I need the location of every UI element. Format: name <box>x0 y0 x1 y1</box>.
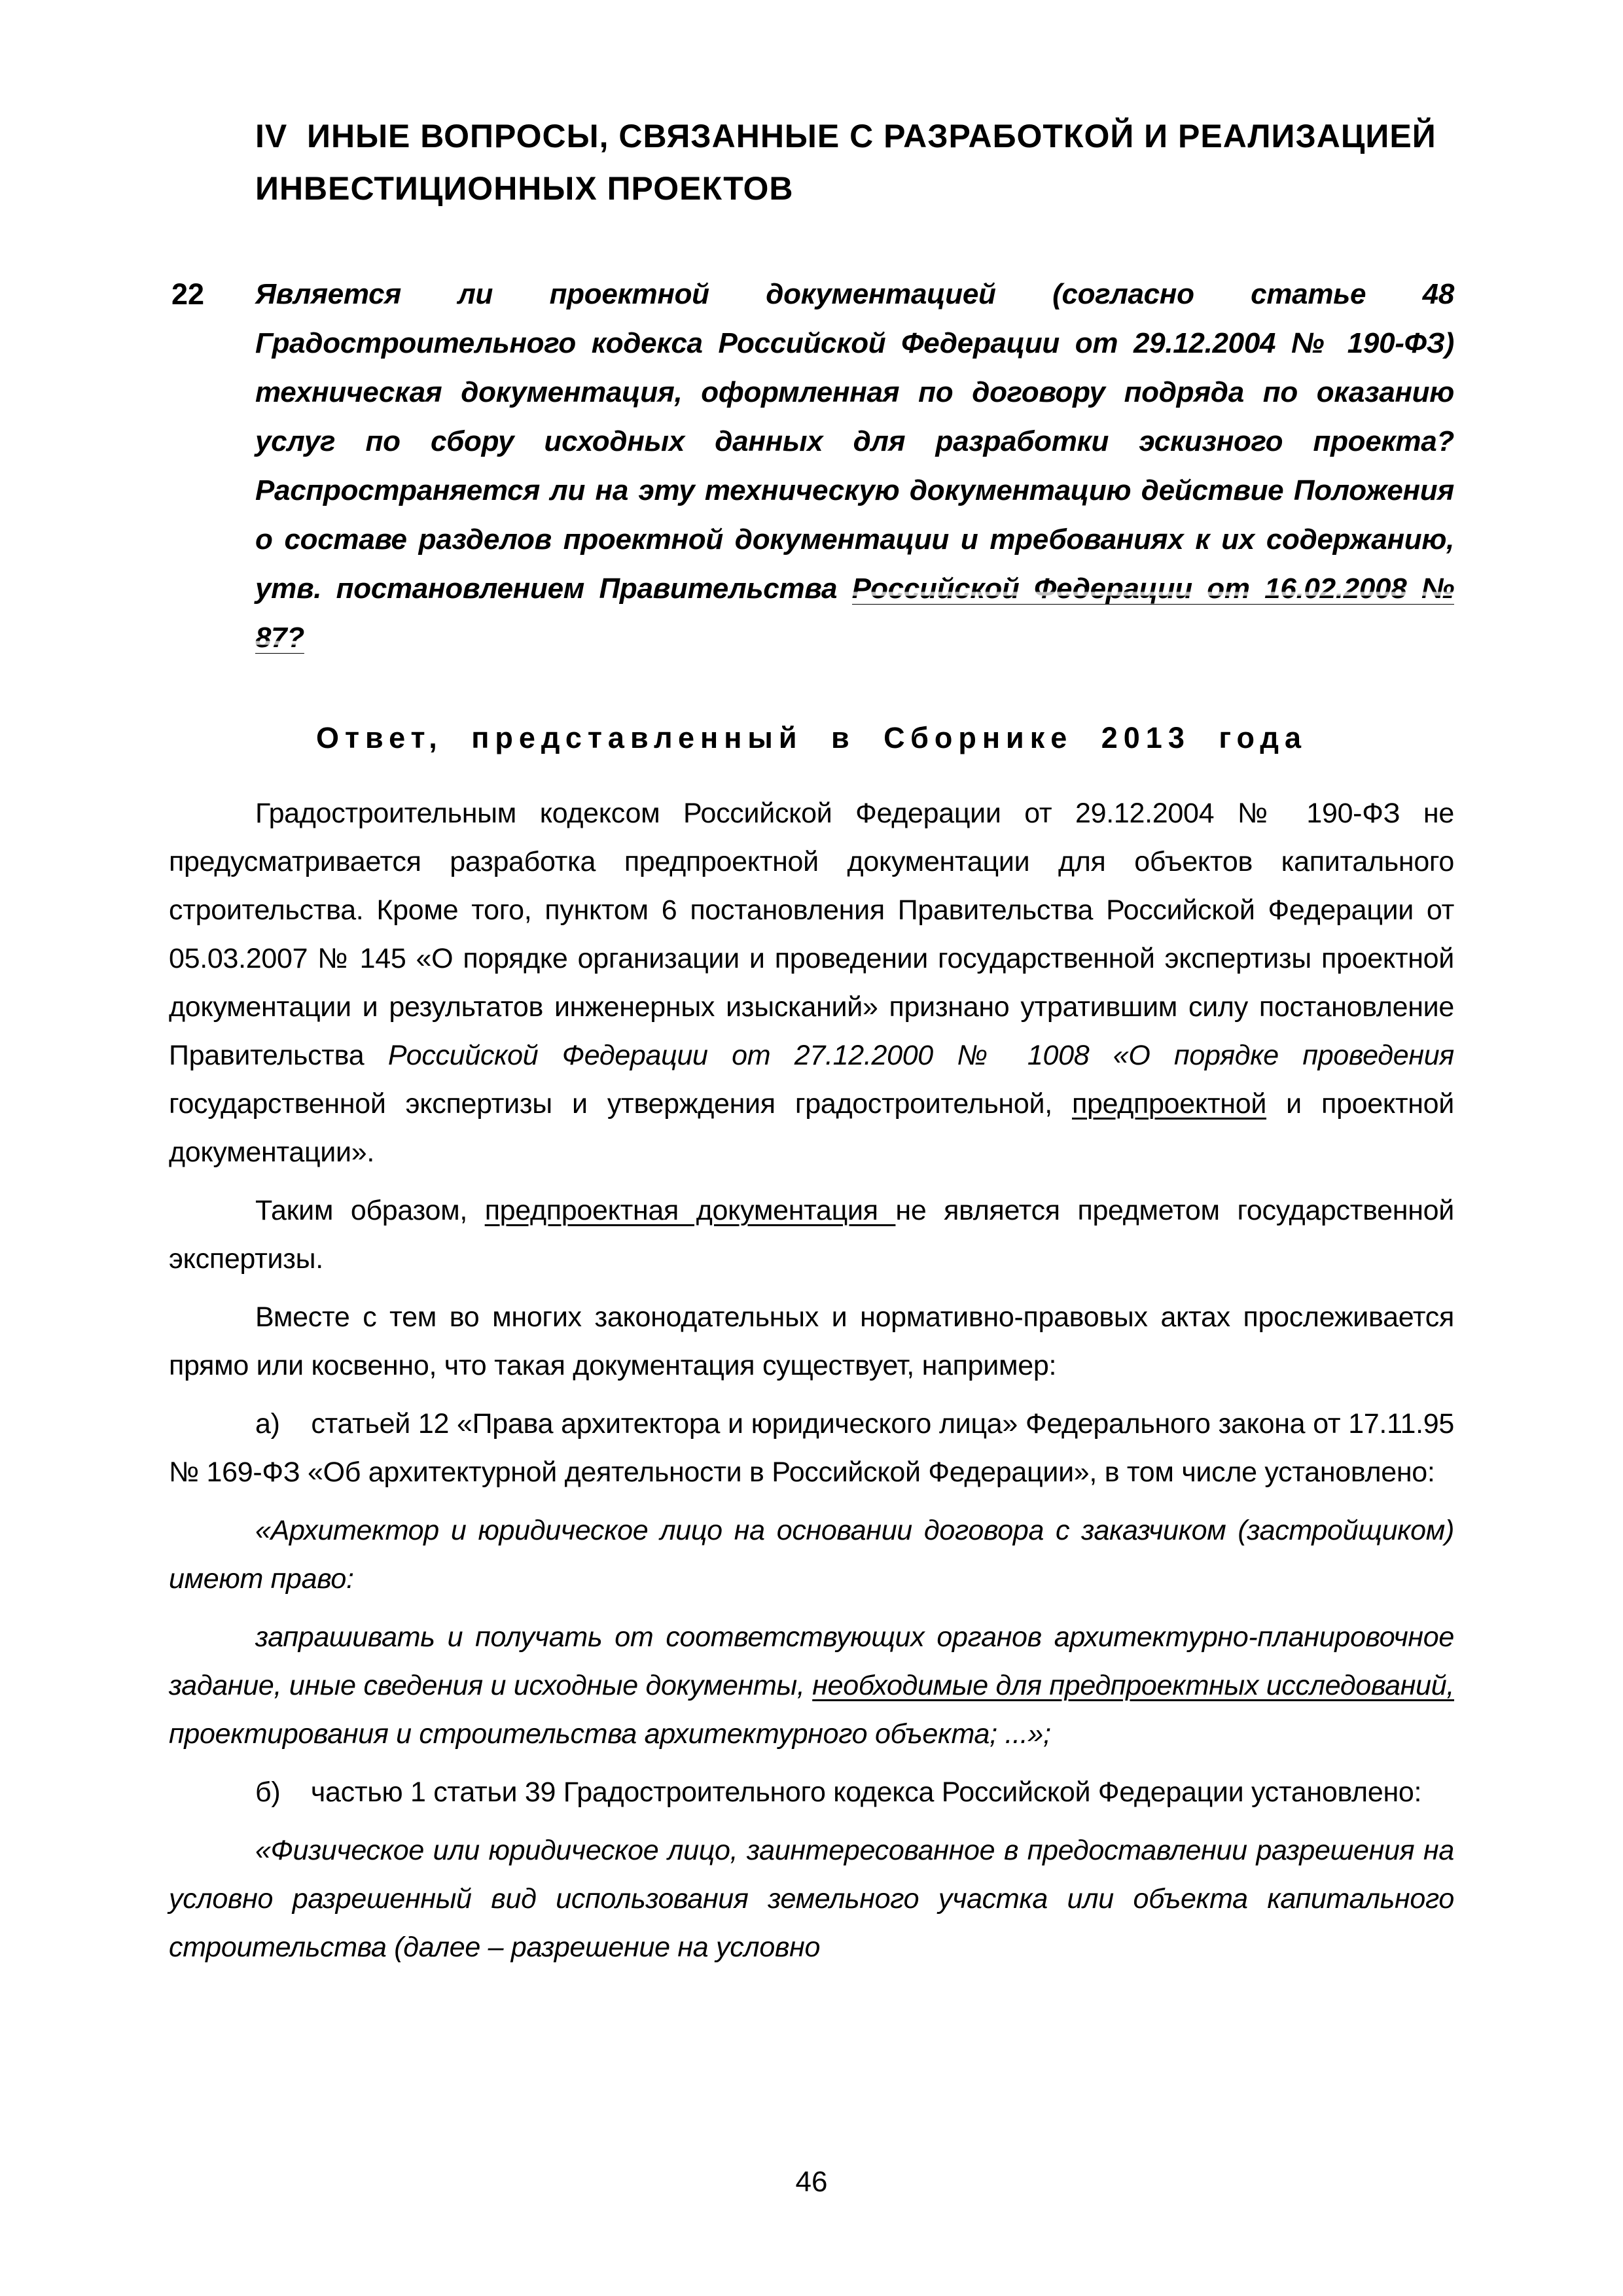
answer-paragraph-3: Вместе с тем во многих законодательных и… <box>169 1293 1454 1390</box>
text-run: государственной экспертизы и утверждения… <box>169 1088 1072 1120</box>
quote-paragraph-2: запрашивать и получать от соответствующи… <box>169 1613 1454 1758</box>
text-run: предпроектная документация <box>485 1195 896 1226</box>
list-item-a: а) статьей 12 «Права архитектора и юриди… <box>169 1400 1454 1496</box>
question-block: 22 Является ли проектной документацией (… <box>169 270 1454 662</box>
text-run: предпроектной <box>1072 1088 1266 1120</box>
answer-heading: Ответ, представленный в Сборнике 2013 го… <box>169 721 1454 755</box>
text-run: «Физическое или юридическое лицо, заинте… <box>169 1835 1454 1963</box>
answer-paragraph-1: Градостроительным кодексом Российской Фе… <box>169 789 1454 1176</box>
text-run: Таким образом, <box>255 1195 485 1226</box>
text-run: Вместе с тем во многих законодательных и… <box>169 1301 1454 1381</box>
text-run: проектирования и строительства архитекту… <box>169 1718 1051 1750</box>
text-run: «Архитектор и юридическое лицо на основа… <box>169 1515 1454 1595</box>
text-run: необходимые для предпроектных исследован… <box>812 1670 1454 1701</box>
quote-paragraph-1: «Архитектор и юридическое лицо на основа… <box>169 1506 1454 1603</box>
answer-paragraph-2: Таким образом, предпроектная документаци… <box>169 1186 1454 1283</box>
text-run: Является ли проектной документацией (сог… <box>255 278 1454 605</box>
quote-paragraph-3: «Физическое или юридическое лицо, заинте… <box>169 1826 1454 1971</box>
section-heading: IV ИНЫЕ ВОПРОСЫ, СВЯЗАННЫЕ С РАЗРАБОТКОЙ… <box>255 110 1440 215</box>
page-number: 46 <box>0 2168 1623 2197</box>
document-page: IV ИНЫЕ ВОПРОСЫ, СВЯЗАННЫЕ С РАЗРАБОТКОЙ… <box>0 0 1623 2296</box>
text-run: а) статьей 12 «Права архитектора и юриди… <box>169 1408 1454 1488</box>
text-run: Градостроительным кодексом Российской Фе… <box>169 798 1454 1071</box>
question-text: Является ли проектной документацией (сог… <box>255 270 1454 662</box>
question-number: 22 <box>171 270 204 319</box>
list-item-b: б) частью 1 статьи 39 Градостроительного… <box>169 1768 1454 1816</box>
text-run: Российской Федерации от 27.12.2000 № 100… <box>388 1040 1454 1071</box>
text-run: б) частью 1 статьи 39 Градостроительного… <box>255 1776 1421 1808</box>
